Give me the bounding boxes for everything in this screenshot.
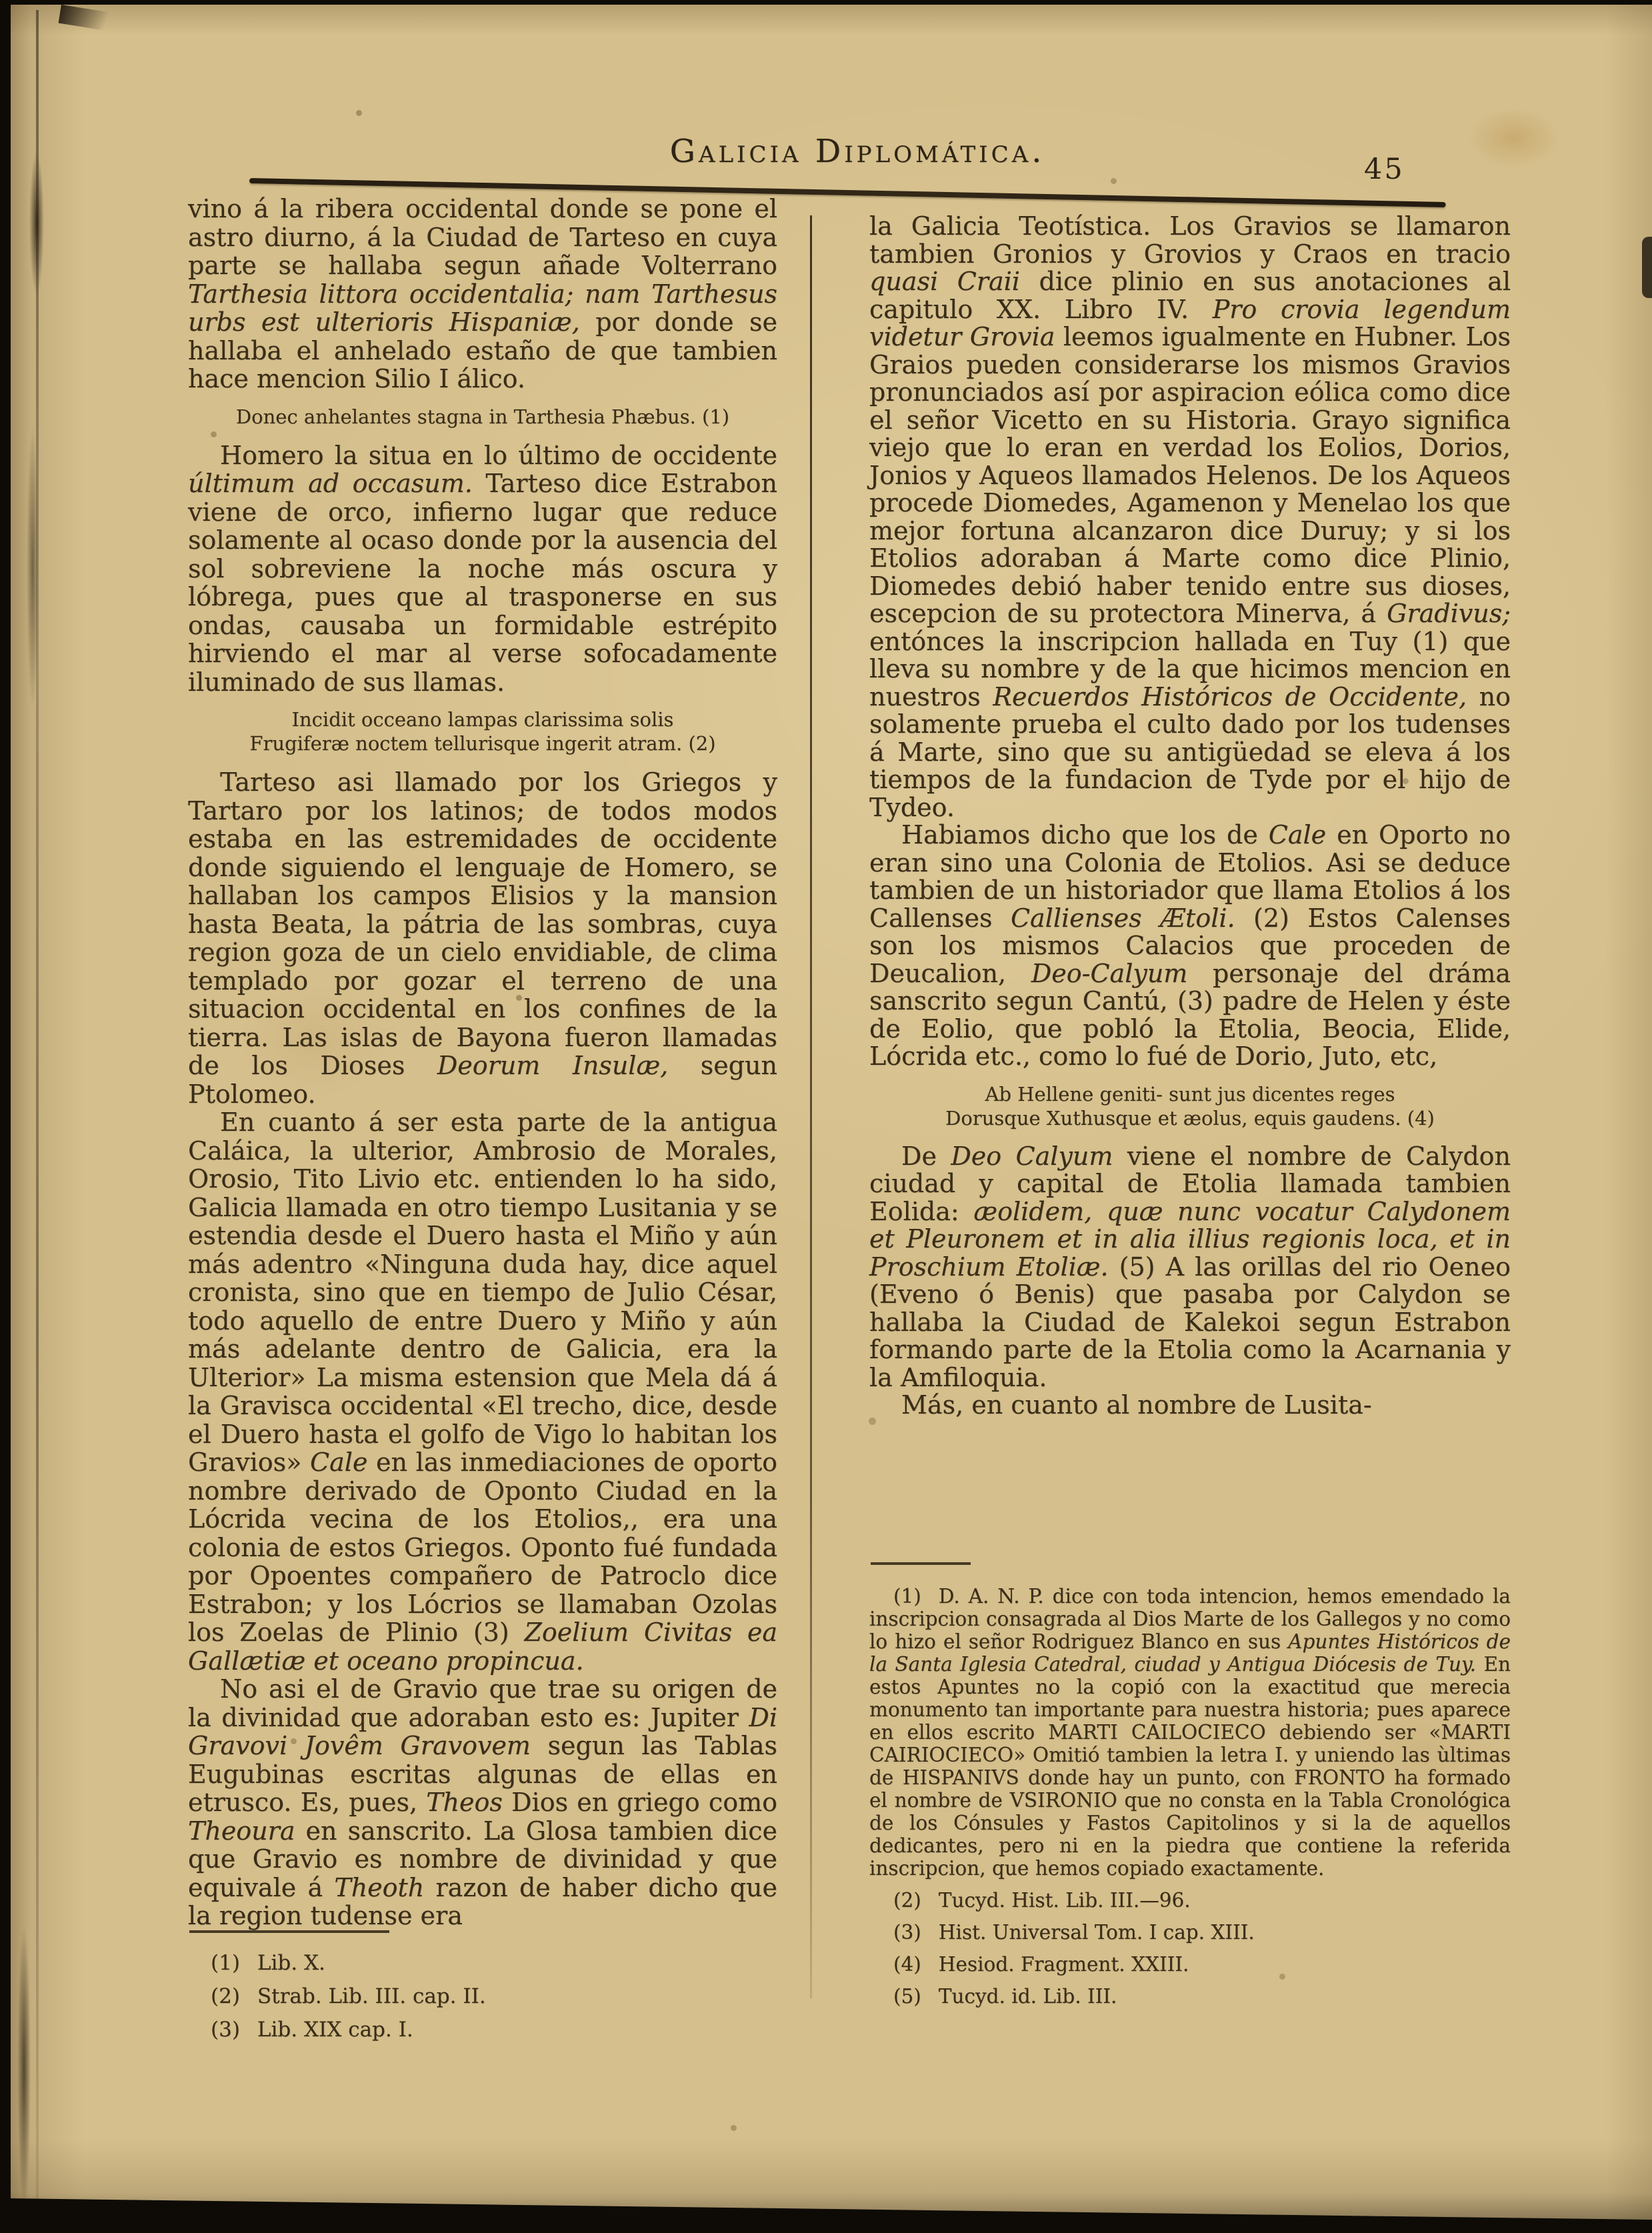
italic-text: quasi Craii [869,267,1020,296]
text-run: Incidit occeano lampas clarissima solis [292,708,674,731]
footnote-marker: (2) [893,1889,921,1912]
text-run: vino á la ribera occidental donde se pon… [188,194,777,280]
text-run: Lib. X. [257,1951,325,1975]
text-run: Donec anhelantes stagna in Tarthesia Phæ… [236,405,729,428]
page-paper: Galicia Diplomática. 45 vino á la ribera… [11,5,1652,2233]
scan-ink-blot [29,151,44,295]
text-run: Lib. XIX cap. I. [257,2018,413,2042]
paragraph: De Deo Calyum viene el nombre de Calydon… [869,1143,1511,1392]
italic-text: Recuerdos Históricos de Occidente, [993,682,1467,711]
footnotes-section: (1)Lib. X.(2)Strab. Lib. III. cap. II.(3… [188,1930,777,2042]
text-run: En estos Apuntes no la copió con la exac… [869,1653,1511,1880]
footnotes-section: (1)D. A. N. P. dice con toda intencion, … [869,1562,1511,2008]
paragraph: la Galicia Teotística. Los Gravios se ll… [869,213,1511,821]
column-divider-rule [810,215,812,1998]
verse-quote: Donec anhelantes stagna in Tarthesia Phæ… [188,405,777,429]
paragraph: Tarteso asi llamado por los Griegos y Ta… [188,768,777,1108]
italic-text: Deo-Calyum [1031,959,1188,988]
scan-ink-blot [27,425,39,711]
footnote-rule [871,1562,971,1565]
verse-line: Incidit occeano lampas clarissima solis [188,707,777,731]
text-run: Frugiferæ noctem tellurisque ingerit atr… [249,732,715,755]
text-run: Hesiod. Fragment. XXIII. [939,1953,1189,1976]
text-run: Tarteso dice Estrabon viene de orco, inf… [188,469,777,697]
text-run: De [901,1142,951,1171]
text-run: Tarteso asi llamado por los Griegos y Ta… [188,767,777,1080]
paper-specks [11,5,14,8]
text-run: Tucyd. Hist. Lib. III.—96. [939,1889,1191,1912]
footnote-item: (5)Tucyd. id. Lib. III. [869,1985,1511,2008]
footnote-item: (3)Hist. Universal Tom. I cap. XIII. [869,1921,1511,1944]
italic-text: Theoth [334,1873,424,1902]
italic-text: Cale [1269,820,1326,849]
italic-text: Theoura [188,1816,295,1846]
italic-text: Gradivus; [1387,599,1511,628]
text-run: Dios en griego como [503,1788,777,1817]
page-number: 45 [1364,153,1405,186]
italic-text: últimum ad occasum. [188,469,473,498]
footnote-marker: (3) [211,2018,240,2042]
text-run: Habiamos dicho que los de [901,820,1269,849]
verse-quote: Incidit occeano lampas clarissima solisF… [188,707,777,755]
italic-text: Deorum Insulæ, [437,1051,668,1080]
text-run: Homero la situa en lo último de occident… [220,441,777,470]
scanned-book-page: { "colors": { "paper": "#d5bf8c", "ink":… [0,0,1652,2233]
footnote-rule [189,1930,389,1933]
left-column: vino á la ribera occidental donde se pon… [188,195,777,1999]
footnote-item: (4)Hesiod. Fragment. XXIII. [869,1953,1511,1976]
right-column: la Galicia Teotística. Los Gravios se ll… [869,213,1511,2008]
footnote-item: (3)Lib. XIX cap. I. [188,2017,777,2042]
scan-ink-blot [17,1925,31,2212]
text-run: leemos igualmente en Hubner. Los Graios … [869,322,1511,628]
paragraph: Habiamos dicho que los de Cale en Oporto… [869,821,1511,1071]
text-run: la Galicia Teotística. Los Gravios se ll… [869,211,1511,269]
paragraph: Homero la situa en lo último de occident… [188,441,777,697]
footnote-marker: (2) [211,1984,240,2008]
text-run: Hist. Universal Tom. I cap. XIII. [939,1921,1255,1944]
text-run: Dorusque Xuthusque et æolus, equis gaude… [945,1107,1435,1130]
scan-crease-line [36,10,39,2210]
scan-corner-streak [59,5,127,33]
footnote-item: (2)Strab. Lib. III. cap. II. [188,1984,777,2009]
verse-line: Donec anhelantes stagna in Tarthesia Phæ… [188,405,777,429]
paragraph: En cuanto á ser esta parte de la antigua… [188,1108,777,1675]
footnote-item: (1)Lib. X. [188,1950,777,1976]
text-run: No asi el de Gravio que trae su origen d… [188,1674,777,1732]
italic-text: Cale [310,1448,367,1477]
footnote-marker: (5) [893,1985,921,2008]
paragraph: vino á la ribera occidental donde se pon… [188,195,777,393]
verse-quote: Ab Hellene geniti- sunt jus dicentes reg… [869,1082,1511,1130]
footnote-item: (2)Tucyd. Hist. Lib. III.—96. [869,1889,1511,1912]
paragraph: No asi el de Gravio que trae su origen d… [188,1675,777,1930]
footnote-marker: (1) [893,1585,921,1608]
footnote-marker: (4) [893,1953,921,1976]
footnote-marker: (1) [211,1951,240,1975]
italic-text: Theos [426,1788,503,1817]
italic-text: Deo Calyum [951,1142,1113,1171]
italic-text: Callienses Ætoli. [1011,903,1235,933]
page-title: Galicia Diplomática. [637,133,1077,170]
paragraph: Más, en cuanto al nombre de Lusita- [869,1392,1511,1420]
text-run: Más, en cuanto al nombre de Lusita- [901,1390,1372,1420]
verse-line: Frugiferæ noctem tellurisque ingerit atr… [188,731,777,755]
footnote-marker: (3) [893,1921,921,1944]
scan-edge-mark [1642,237,1652,298]
text-run: Strab. Lib. III. cap. II. [257,1984,486,2008]
text-run: En cuanto á ser esta parte de la antigua… [188,1107,777,1477]
text-run: Tucyd. id. Lib. III. [939,1985,1117,2008]
verse-line: Ab Hellene geniti- sunt jus dicentes reg… [869,1082,1511,1106]
footnote-item: (1)D. A. N. P. dice con toda intencion, … [869,1585,1511,1880]
verse-line: Dorusque Xuthusque et æolus, equis gaude… [869,1106,1511,1130]
text-run: Ab Hellene geniti- sunt jus dicentes reg… [985,1083,1395,1105]
